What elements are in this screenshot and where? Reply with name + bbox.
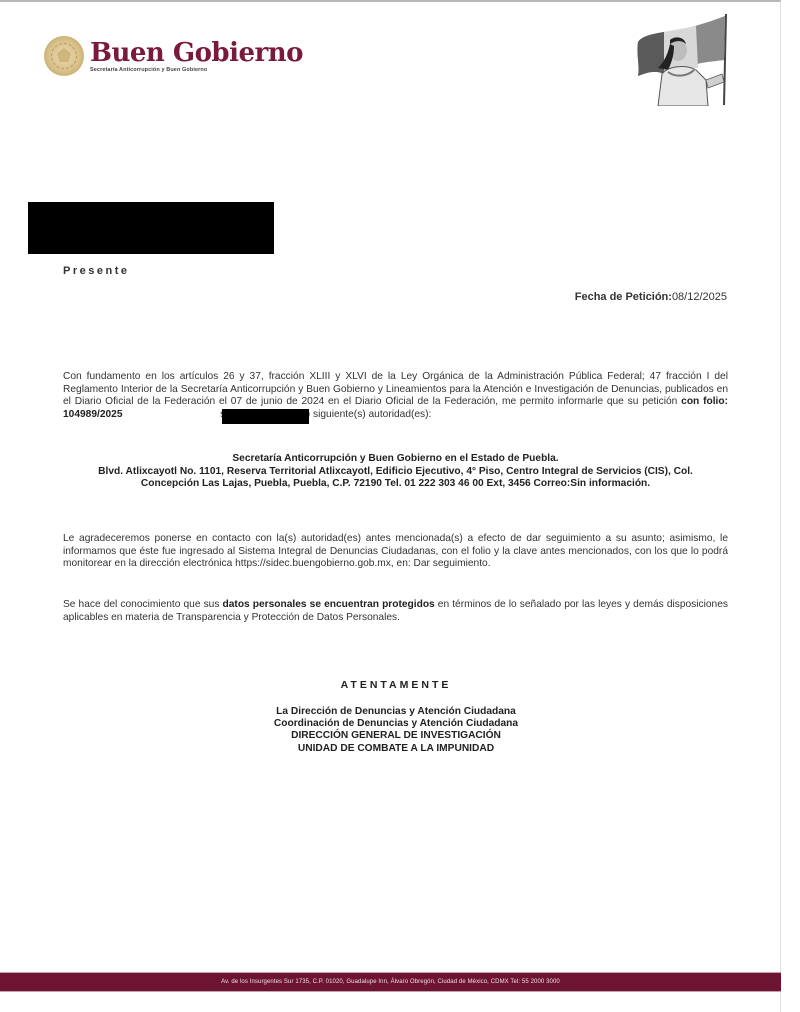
brand-subtitle: Secretaría Anticorrupción y Buen Gobiern… (90, 67, 303, 73)
logo-text: Buen Gobierno Secretaría Anticorrupción … (90, 39, 303, 73)
petition-date: Fecha de Petición:08/12/2025 (575, 291, 727, 303)
letter-page: Buen Gobierno Secretaría Anticorrupción … (0, 0, 781, 1012)
authority-name: Secretaría Anticorrupción y Buen Gobiern… (63, 453, 728, 466)
legal-basis-text: Con fundamento en los artículos 26 y 37,… (63, 371, 728, 407)
signature-line: Coordinación de Denuncias y Atención Ciu… (0, 718, 792, 730)
data-protection-bold: datos personales se encuentran protegido… (223, 599, 435, 610)
redacted-key (222, 409, 309, 424)
legal-basis-paragraph: Con fundamento en los artículos 26 y 37,… (63, 371, 728, 421)
authority-block: Secretaría Anticorrupción y Buen Gobiern… (63, 453, 728, 491)
signature-line: UNIDAD DE COMBATE A LA IMPUNIDAD (0, 743, 792, 755)
signature-line: La Dirección de Denuncias y Atención Ciu… (0, 706, 792, 718)
petition-date-label: Fecha de Petición: (575, 291, 672, 303)
redacted-recipient-name (28, 202, 274, 254)
brand-name: Buen Gobierno (90, 39, 303, 67)
petition-date-value: 08/12/2025 (672, 291, 727, 303)
footer-bar: Av. de los Insurgentes Sur 1735, C.P. 01… (0, 972, 781, 992)
salutation: Presente (63, 265, 129, 277)
signature-block: La Dirección de Denuncias y Atención Ciu… (0, 706, 792, 755)
data-protection-paragraph: Se hace del conocimiento que sus datos p… (63, 599, 728, 624)
authority-address-line2: Concepción Las Lajas, Puebla, Puebla, C.… (63, 478, 728, 491)
woman-with-flag-illustration (634, 10, 730, 106)
closing-atentamente: ATENTAMENTE (0, 679, 792, 691)
footer-address: Av. de los Insurgentes Sur 1735, C.P. 01… (221, 979, 560, 985)
buen-gobierno-logo: Buen Gobierno Secretaría Anticorrupción … (44, 36, 303, 76)
mexico-seal-icon (44, 36, 84, 76)
followup-paragraph: Le agradeceremos ponerse en contacto con… (63, 533, 728, 571)
signature-line: DIRECCIÓN GENERAL DE INVESTIGACIÓN (0, 730, 792, 742)
authority-address-line1: Blvd. Atlixcayotl No. 1101, Reserva Terr… (63, 466, 728, 479)
data-protection-text: Se hace del conocimiento que sus (63, 599, 223, 610)
